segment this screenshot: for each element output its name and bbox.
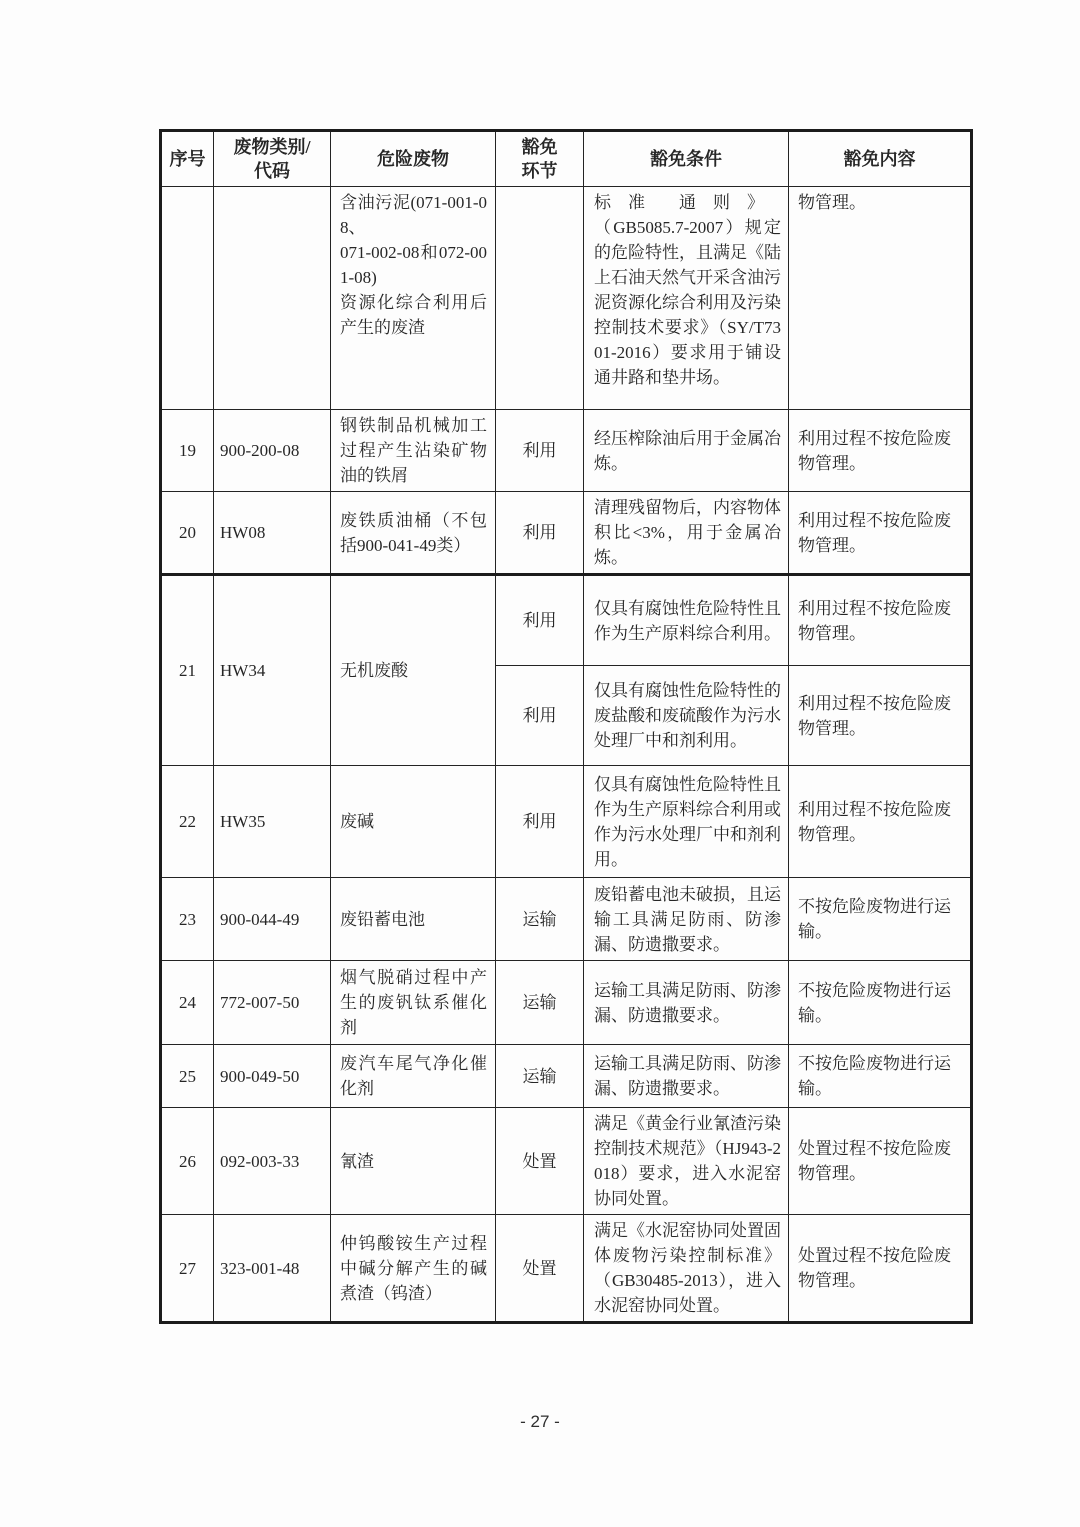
cell-condition: 仅具有腐蚀性危险特性的废盐酸和废硫酸作为污水处理厂中和剂利用。	[584, 666, 789, 766]
cell-no: 25	[161, 1045, 214, 1108]
document-page: 序号 废物类别/ 代码 危险废物 豁免 环节 豁免条件 豁免内容 含油污泥(07…	[0, 0, 1080, 1527]
cell-waste: 仲钨酸铵生产过程中碱分解产生的碱煮渣（钨渣）	[331, 1215, 496, 1323]
cell-condition: 标 准 通 则 》 （GB5085.7-2007）规定的危险特性，且满足《陆上石…	[584, 187, 789, 410]
cell-step: 运输	[496, 1045, 584, 1108]
header-no: 序号	[161, 131, 214, 187]
cell-content: 处置过程不按危险废物管理。	[789, 1108, 972, 1215]
cell-step: 利用	[496, 666, 584, 766]
cell-condition: 运输工具满足防雨、防渗漏、防遗撒要求。	[584, 961, 789, 1045]
cell-code: HW34	[214, 575, 331, 766]
cell-content: 利用过程不按危险废物管理。	[789, 666, 972, 766]
cell-no: 19	[161, 410, 214, 492]
cell-waste: 废铁质油桶（不包括900-041-49类）	[331, 492, 496, 575]
cell-condition: 满足《黄金行业氰渣污染控制技术规范》（HJ943-2018）要求，进入水泥窑协同…	[584, 1108, 789, 1215]
table-row: 21 HW34 无机废酸 利用 仅具有腐蚀性危险特性且作为生产原料综合利用。 利…	[161, 575, 972, 666]
header-waste: 危险废物	[331, 131, 496, 187]
cell-no: 24	[161, 961, 214, 1045]
table-header-row: 序号 废物类别/ 代码 危险废物 豁免 环节 豁免条件 豁免内容	[161, 131, 972, 187]
table-row: 24 772-007-50 烟气脱硝过程中产生的废钒钛系催化剂 运输 运输工具满…	[161, 961, 972, 1045]
page-number: - 27 -	[0, 1412, 1080, 1432]
table-row: 23 900-044-49 废铅蓄电池 运输 废铅蓄电池未破损，且运输工具满足防…	[161, 878, 972, 961]
cell-content: 不按危险废物进行运输。	[789, 1045, 972, 1108]
cell-no: 21	[161, 575, 214, 766]
header-condition: 豁免条件	[584, 131, 789, 187]
cell-step: 运输	[496, 961, 584, 1045]
cell-condition: 经压榨除油后用于金属冶炼。	[584, 410, 789, 492]
cell-no: 27	[161, 1215, 214, 1323]
cell-no: 22	[161, 766, 214, 878]
table-row: 27 323-001-48 仲钨酸铵生产过程中碱分解产生的碱煮渣（钨渣） 处置 …	[161, 1215, 972, 1323]
cell-code: HW35	[214, 766, 331, 878]
cell-step	[496, 187, 584, 410]
cell-code: 092-003-33	[214, 1108, 331, 1215]
cell-content: 利用过程不按危险废物管理。	[789, 410, 972, 492]
exemption-table: 序号 废物类别/ 代码 危险废物 豁免 环节 豁免条件 豁免内容 含油污泥(07…	[159, 129, 973, 1324]
cell-step: 运输	[496, 878, 584, 961]
cell-waste: 含油污泥(071-001-08、 071-002-08和072-001-08) …	[331, 187, 496, 410]
cell-waste: 无机废酸	[331, 575, 496, 766]
cell-content: 利用过程不按危险废物管理。	[789, 492, 972, 575]
cell-step: 利用	[496, 766, 584, 878]
cell-waste: 废汽车尾气净化催化剂	[331, 1045, 496, 1108]
cell-no	[161, 187, 214, 410]
cell-code: 900-044-49	[214, 878, 331, 961]
cell-no: 26	[161, 1108, 214, 1215]
header-category: 废物类别/ 代码	[214, 131, 331, 187]
cell-content: 利用过程不按危险废物管理。	[789, 575, 972, 666]
cell-waste: 钢铁制品机械加工过程产生沾染矿物油的铁屑	[331, 410, 496, 492]
cell-code: HW08	[214, 492, 331, 575]
cell-step: 利用	[496, 492, 584, 575]
cell-code: 323-001-48	[214, 1215, 331, 1323]
cell-content: 不按危险废物进行运输。	[789, 878, 972, 961]
cell-waste: 烟气脱硝过程中产生的废钒钛系催化剂	[331, 961, 496, 1045]
cell-condition: 满足《水泥窑协同处置固体废物污染控制标准》（GB30485-2013），进入水泥…	[584, 1215, 789, 1323]
table-row: 22 HW35 废碱 利用 仅具有腐蚀性危险特性且作为生产原料综合利用或作为污水…	[161, 766, 972, 878]
cell-content: 物管理。	[789, 187, 972, 410]
cell-no: 20	[161, 492, 214, 575]
table-row: 26 092-003-33 氰渣 处置 满足《黄金行业氰渣污染控制技术规范》（H…	[161, 1108, 972, 1215]
cell-code: 900-049-50	[214, 1045, 331, 1108]
table-row: 19 900-200-08 钢铁制品机械加工过程产生沾染矿物油的铁屑 利用 经压…	[161, 410, 972, 492]
table-row: 20 HW08 废铁质油桶（不包括900-041-49类） 利用 清理残留物后，…	[161, 492, 972, 575]
header-step: 豁免 环节	[496, 131, 584, 187]
cell-waste: 废铅蓄电池	[331, 878, 496, 961]
cell-condition: 仅具有腐蚀性危险特性且作为生产原料综合利用或作为污水处理厂中和剂利用。	[584, 766, 789, 878]
cell-waste: 氰渣	[331, 1108, 496, 1215]
cell-step: 利用	[496, 575, 584, 666]
cell-no: 23	[161, 878, 214, 961]
cell-condition: 运输工具满足防雨、防渗漏、防遗撒要求。	[584, 1045, 789, 1108]
cell-content: 不按危险废物进行运输。	[789, 961, 972, 1045]
cell-code	[214, 187, 331, 410]
cell-waste: 废碱	[331, 766, 496, 878]
table-row: 25 900-049-50 废汽车尾气净化催化剂 运输 运输工具满足防雨、防渗漏…	[161, 1045, 972, 1108]
cell-code: 900-200-08	[214, 410, 331, 492]
header-content: 豁免内容	[789, 131, 972, 187]
cell-code: 772-007-50	[214, 961, 331, 1045]
cell-step: 处置	[496, 1108, 584, 1215]
cell-condition: 废铅蓄电池未破损，且运输工具满足防雨、防渗漏、防遗撒要求。	[584, 878, 789, 961]
cell-condition: 清理残留物后，内容物体积比<3%，用于金属冶炼。	[584, 492, 789, 575]
cell-content: 利用过程不按危险废物管理。	[789, 766, 972, 878]
cell-content: 处置过程不按危险废物管理。	[789, 1215, 972, 1323]
cell-step: 利用	[496, 410, 584, 492]
cell-condition: 仅具有腐蚀性危险特性且作为生产原料综合利用。	[584, 575, 789, 666]
cell-step: 处置	[496, 1215, 584, 1323]
table-row: 含油污泥(071-001-08、 071-002-08和072-001-08) …	[161, 187, 972, 410]
